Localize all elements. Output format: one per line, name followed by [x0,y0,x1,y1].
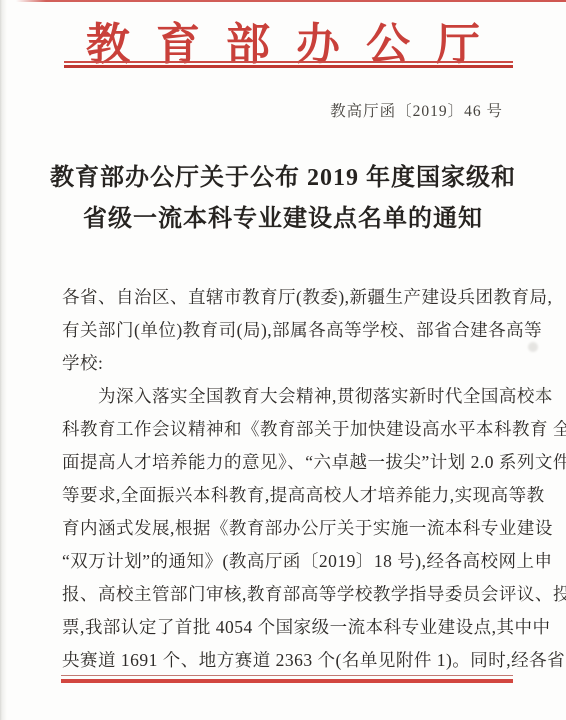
document-number: 教高厅函〔2019〕46 号 [330,99,503,121]
recipients-paragraph: 各省、自治区、直辖市教育厅(教委),新疆生产建设兵团教育局,有关部门(单位)教育… [62,281,505,380]
scan-smudge [538,388,548,398]
letterhead-double-rule [64,61,513,68]
recipient-line: 有关部门(单位)教育司(局),部属各高等学校、部省合建各高等 [62,314,505,347]
notice-title-line2: 省级一流本科专业建设点名单的通知 [40,199,526,240]
body-text-line: 为深入落实全国教育大会精神,贯彻落实新时代全国高校本 [62,380,505,413]
body-paragraph: 为深入落实全国教育大会精神,贯彻落实新时代全国高校本科教育工作会议精神和《教育部… [62,380,505,677]
recipient-line: 学校: [62,347,505,380]
notice-title-line1: 教育部办公厅关于公布 2019 年度国家级和 [40,158,526,199]
document-text: 各省、自治区、直辖市教育厅(教委),新疆生产建设兵团教育局,有关部门(单位)教育… [62,281,505,677]
body-text-line: “双万计划”的通知》(教高厅函〔2019〕18 号),经各高校网上申 [62,545,505,578]
body-text-line: 票,我部认定了首批 4054 个国家级一流本科专业建设点,其中中 [62,611,505,644]
notice-title: 教育部办公厅关于公布 2019 年度国家级和 省级一流本科专业建设点名单的通知 [40,158,526,240]
body-text-line: 育内涵式发展,根据《教育部办公厅关于实施一流本科专业建设 [62,512,505,545]
body-text-line: 面提高人才培养能力的意见》、“六卓越一拔尖”计划 2.0 系列文件 [62,446,505,479]
scan-smudge [528,342,538,352]
document-page: 教育部办公厅 教高厅函〔2019〕46 号 教育部办公厅关于公布 2019 年度… [0,0,566,720]
body-text-line: 央赛道 1691 个、地方赛道 2363 个(名单见附件 1)。同时,经各省 [62,644,505,677]
body-text-line: 等要求,全面振兴本科教育,提高高校人才培养能力,实现高等教 [62,479,505,512]
body-text-line: 科教育工作会议精神和《教育部关于加快建设高水平本科教育 全 [62,413,505,446]
scan-edge-shadow [0,0,7,720]
body-text-line: 报、高校主管部门审核,教育部高等学校教学指导委员会评议、投 [62,578,505,611]
footer-double-rule [61,675,513,683]
top-edge-red-line [16,0,566,2]
recipient-line: 各省、自治区、直辖市教育厅(教委),新疆生产建设兵团教育局, [62,281,505,314]
